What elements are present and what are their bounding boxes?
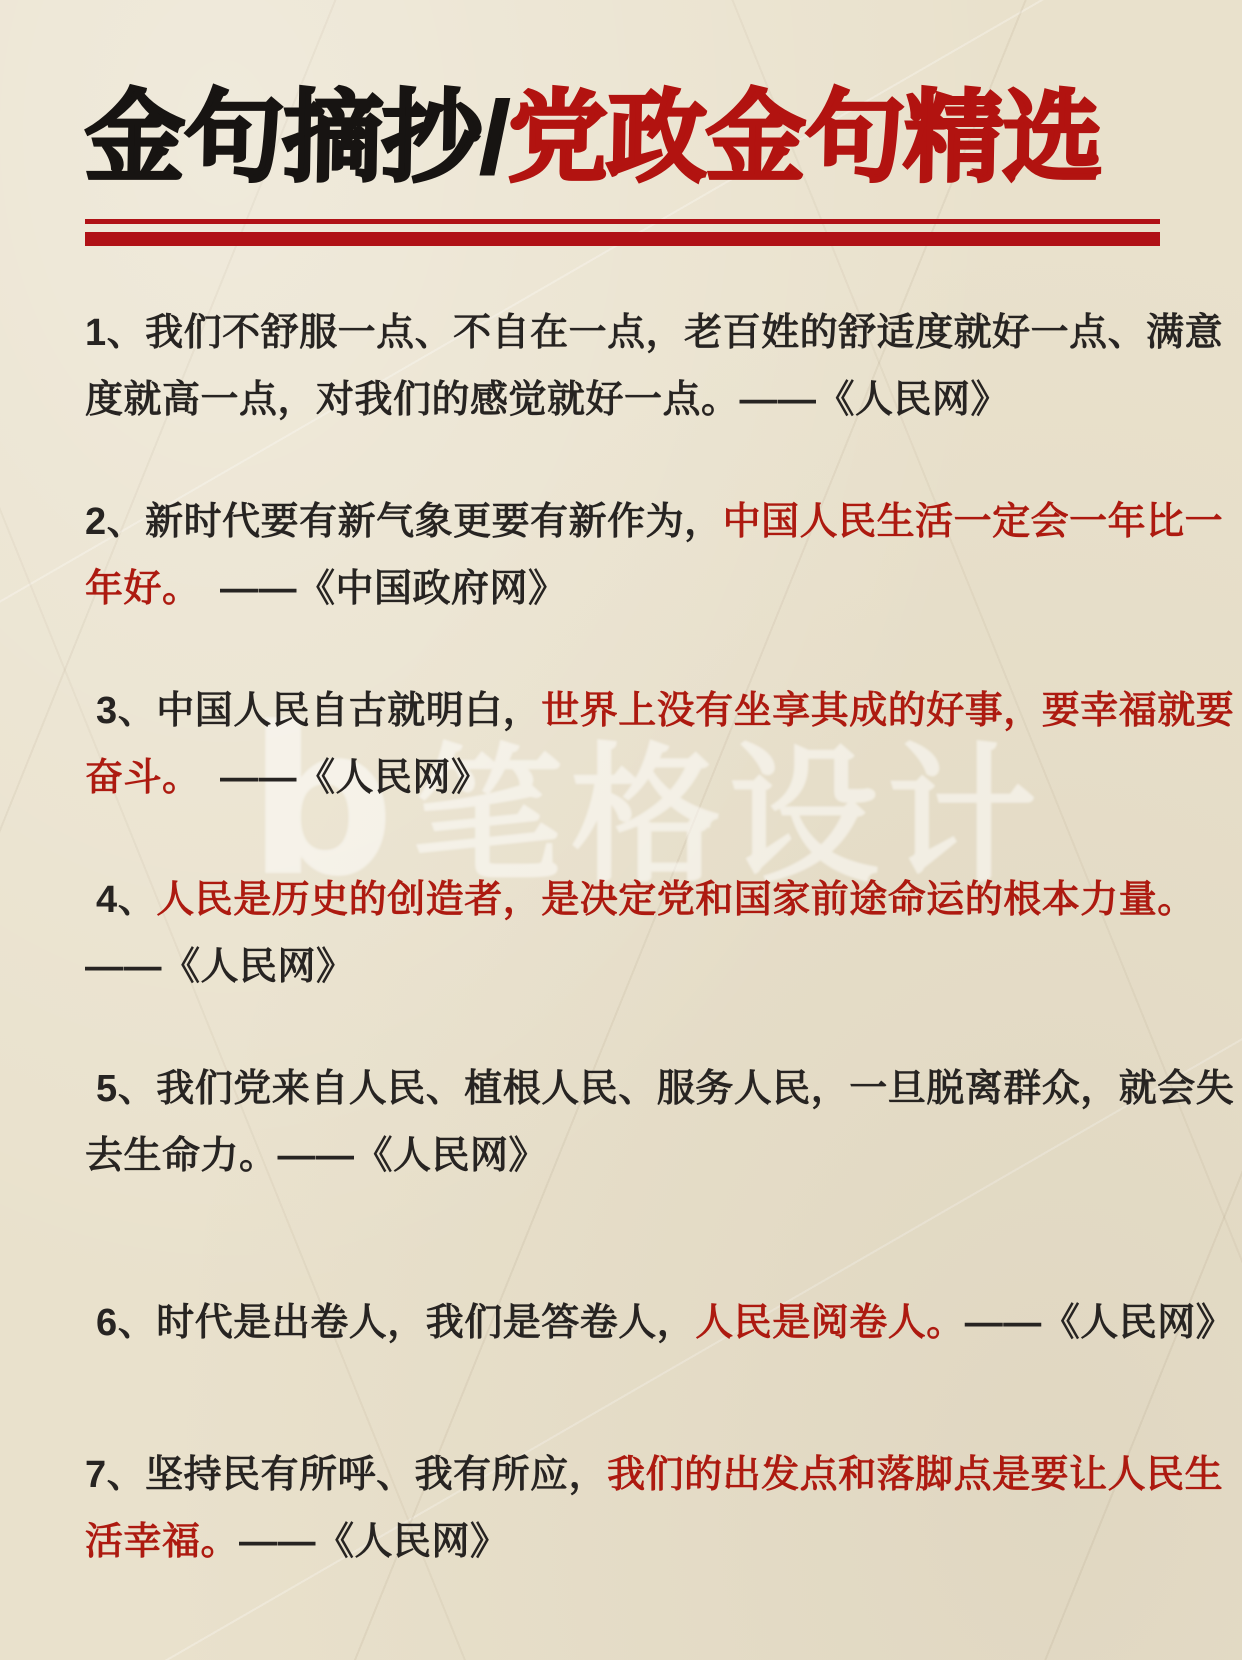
quote-segment: 4、 [85,879,156,921]
quote-segment: 3、中国人民自古就明白， [85,690,541,732]
quote-text-7: 7、坚持民有所呼、我有所应，我们的出发点和落脚点是要让人民生 活幸福。——《人民… [85,1442,1175,1576]
page-title: 金句摘抄/党政金句精选 [84,84,1166,192]
title-red-part: 党政金句精选 [507,82,1103,194]
poster-page: 金句摘抄/党政金句精选 b 笔格设计 1、我们不舒服一点、不自在一点，老百姓的舒… [0,0,1242,1660]
quote-segment: 7、坚持民有所呼、我有所应， [85,1454,607,1496]
quote-segment: ——《人民网》 [239,1521,509,1563]
quote-text-6: 6、时代是出卷人，我们是答卷人，人民是阅卷人。——《人民网》 [85,1290,1175,1357]
quote-list: 1、我们不舒服一点、不自在一点，老百姓的舒适度就好一点、满意 度就高一点，对我们… [85,300,1175,1631]
quote-segment: 1、我们不舒服一点、不自在一点，老百姓的舒适度就好一点、满意 度就高一点，对我们… [85,312,1223,421]
divider-thick-rule [85,232,1160,246]
quote-segment: ——《人民网》 [182,757,490,799]
title-black-part: 金句摘抄/ [84,82,509,194]
quote-segment: ——《中国政府网》 [182,568,567,610]
quote-text-3: 3、中国人民自古就明白，世界上没有坐享其成的好事，要幸福就要 奋斗。 ——《人民… [85,678,1175,812]
divider-thin-rule [85,219,1160,224]
quote-segment: 人民是历史的创造者，是决定党和国家前途命运的根本力量。 [156,879,1196,921]
quote-segment: 2、新时代要有新气象更要有新作为， [85,501,723,543]
quote-segment: 6、时代是出卷人，我们是答卷人， [85,1302,695,1344]
quote-text-1: 1、我们不舒服一点、不自在一点，老百姓的舒适度就好一点、满意 度就高一点，对我们… [85,300,1175,434]
quote-segment: ——《人民网》 [85,946,355,988]
quote-text-4: 4、人民是历史的创造者，是决定党和国家前途命运的根本力量。 ——《人民网》 [85,867,1175,1001]
page-header: 金句摘抄/党政金句精选 [85,84,1165,192]
quote-segment: ——《人民网》 [965,1302,1235,1344]
quote-text-2: 2、新时代要有新气象更要有新作为，中国人民生活一定会一年比一 年好。 ——《中国… [85,489,1175,623]
quote-segment: 5、我们党来自人民、植根人民、服务人民，一旦脱离群众，就会失 去生命力。——《人… [85,1068,1234,1177]
quote-segment: 人民是阅卷人。 [695,1302,965,1344]
quote-text-5: 5、我们党来自人民、植根人民、服务人民，一旦脱离群众，就会失 去生命力。——《人… [85,1056,1175,1190]
